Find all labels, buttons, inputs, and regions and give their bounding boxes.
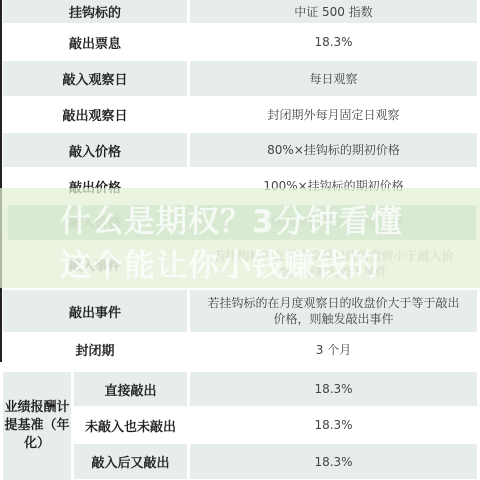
table-row: 敲出事件 若挂钩标的在月度观察日的收盘价大于等于敲出价格，则触发敲出事件 xyxy=(3,290,477,332)
row-value: 每日观察 xyxy=(190,61,477,96)
table-row: 挂钩标的 中证 500 指数 xyxy=(3,0,477,23)
table-row: 敲入后又敲出 18.3% xyxy=(74,444,477,479)
row-value: 3 个月 xyxy=(190,333,477,366)
row-label: 敲入价格 xyxy=(3,133,187,167)
row-value: 若挂钩标的在月度观察日的收盘价大于等于敲出价格，则触发敲出事件 xyxy=(190,290,477,332)
row-label: 敲入后又敲出 xyxy=(74,444,187,479)
row-label: 敲出票息 xyxy=(3,24,187,60)
table-row: 敲出票息 18.3% xyxy=(3,24,477,60)
row-label: 敲出观察日 xyxy=(3,97,187,132)
row-value: 80%×挂钩标的期初价格 xyxy=(190,133,477,167)
watermark-title-line1: 什么是期权？3分钟看懂 xyxy=(60,196,460,241)
row-label: 未敲入也未敲出 xyxy=(74,407,187,443)
table-row: 未敲入也未敲出 18.3% xyxy=(74,407,477,443)
row-value: 18.3% xyxy=(190,24,477,60)
row-label: 敲入观察日 xyxy=(3,61,187,96)
row-label: 挂钩标的 xyxy=(3,0,187,23)
table-row: 敲出观察日 封闭期外每月固定日观察 xyxy=(3,97,477,132)
row-value: 18.3% xyxy=(190,444,477,479)
row-label: 敲出事件 xyxy=(3,290,187,332)
table-row: 封闭期 3 个月 xyxy=(3,333,477,366)
row-label: 直接敲出 xyxy=(74,372,187,406)
table-row: 直接敲出 18.3% xyxy=(74,372,477,406)
row-label: 封闭期 xyxy=(3,333,187,366)
left-border xyxy=(0,0,2,362)
row-value: 18.3% xyxy=(190,372,477,406)
document-frame: 挂钩标的 中证 500 指数 敲出票息 18.3% 敲入观察日 每日观察 敲出观… xyxy=(0,0,480,480)
row-value: 18.3% xyxy=(190,407,477,443)
table-row: 敲入观察日 每日观察 xyxy=(3,61,477,96)
row-value: 中证 500 指数 xyxy=(190,0,477,23)
performance-fee-table: 业绩报酬计提基准（年化） 直接敲出 18.3% 未敲入也未敲出 18.3% 敲入… xyxy=(3,372,477,480)
watermark-title-line2: 这个能让你小钱赚钱的 xyxy=(60,240,460,285)
row-value: 封闭期外每月固定日观察 xyxy=(190,97,477,132)
performance-label: 业绩报酬计提基准（年化） xyxy=(3,372,71,480)
table-row: 敲入价格 80%×挂钩标的期初价格 xyxy=(3,133,477,167)
